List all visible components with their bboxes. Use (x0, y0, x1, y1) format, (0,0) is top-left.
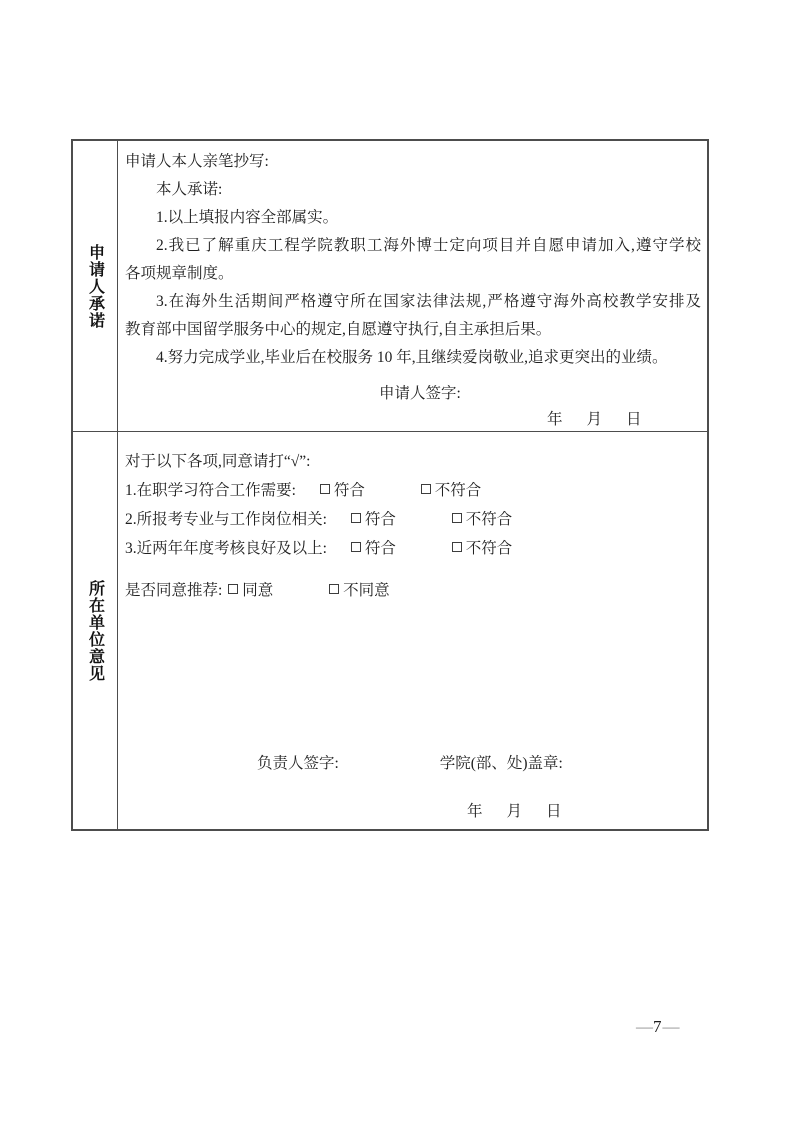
commitment-opening: 本人承诺: (125, 176, 701, 204)
checkbox-option-no-match[interactable]: 不符合 (421, 476, 482, 505)
option-label: 符合 (334, 482, 365, 499)
checkbox-icon[interactable] (329, 584, 339, 594)
checkbox-icon[interactable] (228, 584, 238, 594)
commitment-item-2-line-1: 2.我已了解重庆工程学院教职工海外博士定向项目并自愿申请加入,遵守学校 (125, 232, 701, 260)
date-month-label: 月 (587, 408, 603, 432)
checklist-item-3: 3.近两年年度考核良好及以上: 符合 不符合 (125, 534, 701, 563)
application-form-table: 申请人承诺 申请人本人亲笔抄写: 本人承诺: 1.以上填报内容全部属实。 2.我… (71, 139, 709, 831)
commitment-item-3-line-2: 教育部中国留学服务中心的规定,自愿遵守执行,自主承担后果。 (125, 316, 701, 344)
checkbox-icon[interactable] (351, 542, 361, 552)
recommend-label: 是否同意推荐: (125, 582, 222, 599)
checklist-item-2: 2.所报考专业与工作岗位相关: 符合 不符合 (125, 505, 701, 534)
row-header-applicant-commitment: 申请人承诺 (73, 141, 118, 432)
checkbox-icon[interactable] (320, 484, 330, 494)
date-year-label: 年 (547, 408, 563, 432)
checkbox-option-match[interactable]: 符合 (320, 476, 365, 505)
checkbox-option-no-match[interactable]: 不符合 (452, 505, 513, 534)
date-month-label: 月 (507, 798, 523, 826)
handwrite-prompt: 申请人本人亲笔抄写: (125, 148, 701, 176)
option-label: 不同意 (343, 582, 390, 599)
commitment-item-3-line-1: 3.在海外生活期间严格遵守所在国家法律法规,严格遵守海外高校教学安排及 (125, 288, 701, 316)
unit-opinion-content-cell: 对于以下各项,同意请打“√”: 1.在职学习符合工作需要: 符合 不符合 2.所… (118, 432, 707, 829)
college-seal-label: 学院(部、处)盖章: (440, 755, 563, 772)
commitment-item-2-line-2: 各项规章制度。 (125, 260, 701, 288)
commitment-item-1: 1.以上填报内容全部属实。 (125, 204, 701, 232)
checkbox-option-agree[interactable]: 同意 (228, 576, 273, 605)
option-label: 不符合 (466, 511, 513, 528)
responsible-person-signature-label: 负责人签字: (257, 755, 339, 772)
commitment-date-line: 年 月 日 (547, 408, 701, 432)
checkbox-option-match[interactable]: 符合 (351, 505, 396, 534)
applicant-signature-label: 申请人签字: (379, 385, 461, 402)
page-number: —7— (636, 1016, 679, 1038)
date-day-label: 日 (546, 798, 562, 826)
checklist-item-1-label: 1.在职学习符合工作需要: (125, 482, 296, 499)
checklist-item-2-label: 2.所报考专业与工作岗位相关: (125, 511, 327, 528)
unit-signature-line: 负责人签字: 学院(部、处)盖章: (125, 750, 701, 778)
row-label-unit-opinion: 所在单位意见 (84, 580, 107, 682)
recommend-question: 是否同意推荐: 同意 不同意 (125, 576, 701, 605)
row-label-applicant-commitment: 申请人承诺 (84, 244, 107, 329)
date-year-label: 年 (467, 798, 483, 826)
unit-opinion-date-line: 年 月 日 (125, 798, 701, 826)
checkbox-icon[interactable] (421, 484, 431, 494)
option-label: 不符合 (466, 540, 513, 557)
row-header-unit-opinion: 所在单位意见 (73, 432, 118, 829)
checklist-item-3-label: 3.近两年年度考核良好及以上: (125, 540, 327, 557)
option-label: 符合 (365, 540, 396, 557)
option-label: 同意 (242, 582, 273, 599)
checkbox-icon[interactable] (452, 513, 462, 523)
checkbox-option-no-match[interactable]: 不符合 (452, 534, 513, 563)
checkbox-icon[interactable] (351, 513, 361, 523)
date-day-label: 日 (626, 408, 642, 432)
checkbox-icon[interactable] (452, 542, 462, 552)
checkbox-option-disagree[interactable]: 不同意 (329, 576, 390, 605)
commitment-content-cell: 申请人本人亲笔抄写: 本人承诺: 1.以上填报内容全部属实。 2.我已了解重庆工… (118, 141, 707, 432)
checklist-item-1: 1.在职学习符合工作需要: 符合 不符合 (125, 476, 701, 505)
page-number-dash-left: — (636, 1017, 652, 1036)
page-number-dash-right: — (663, 1017, 679, 1036)
page-number-value: 7 (652, 1017, 663, 1036)
option-label: 符合 (365, 511, 396, 528)
option-label: 不符合 (435, 482, 482, 499)
checkbox-option-match[interactable]: 符合 (351, 534, 396, 563)
checklist-intro: 对于以下各项,同意请打“√”: (125, 447, 701, 476)
commitment-item-4: 4.努力完成学业,毕业后在校服务 10 年,且继续爱岗敬业,追求更突出的业绩。 (125, 344, 701, 372)
